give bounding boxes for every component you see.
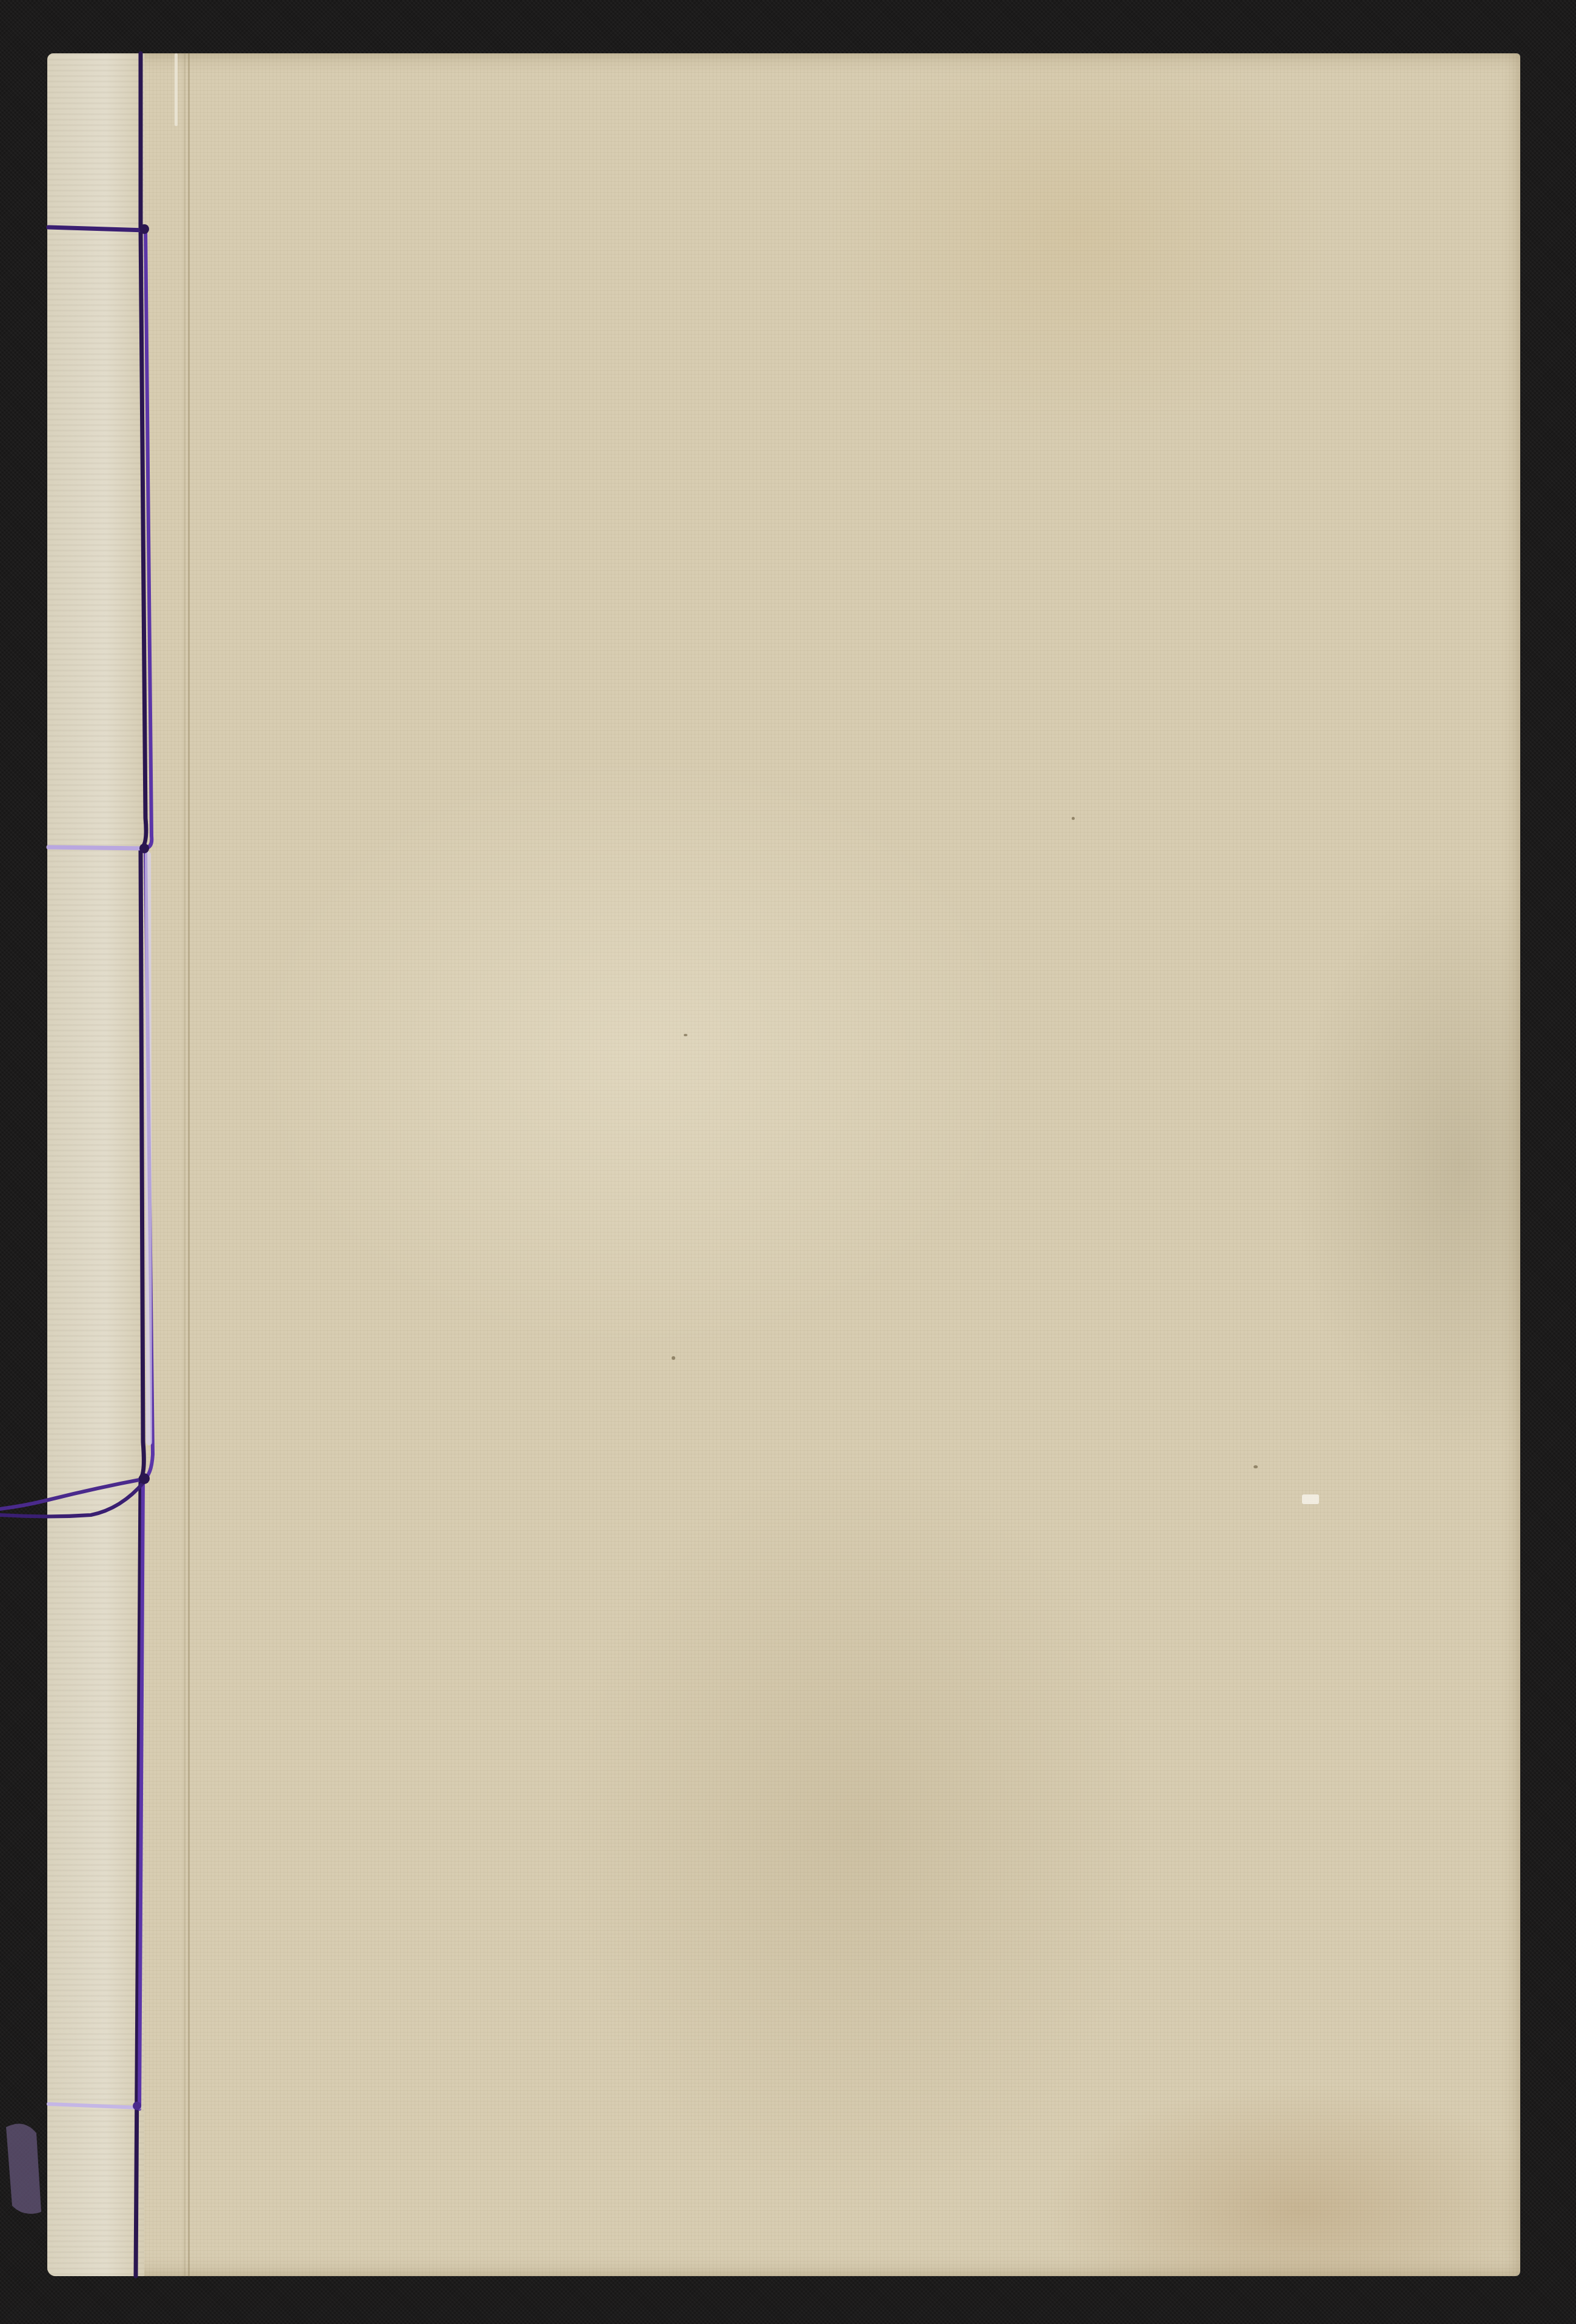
thread-knot [139,224,149,234]
purple-cloth-scrap [6,2123,41,2214]
thread-knot [139,1473,150,1484]
thread-knot [139,844,149,853]
thread-wrap-station-2 [48,847,144,848]
thread-tail-lower [0,1482,144,1517]
thread-tail-upper [0,1479,145,1509]
thread-wrap-station-1 [48,227,145,230]
thread-faded-lilac [148,854,149,1442]
binding-thread [0,0,1576,2324]
thread-knot [133,2102,141,2110]
thread-wrap-station-4 [48,2104,139,2108]
